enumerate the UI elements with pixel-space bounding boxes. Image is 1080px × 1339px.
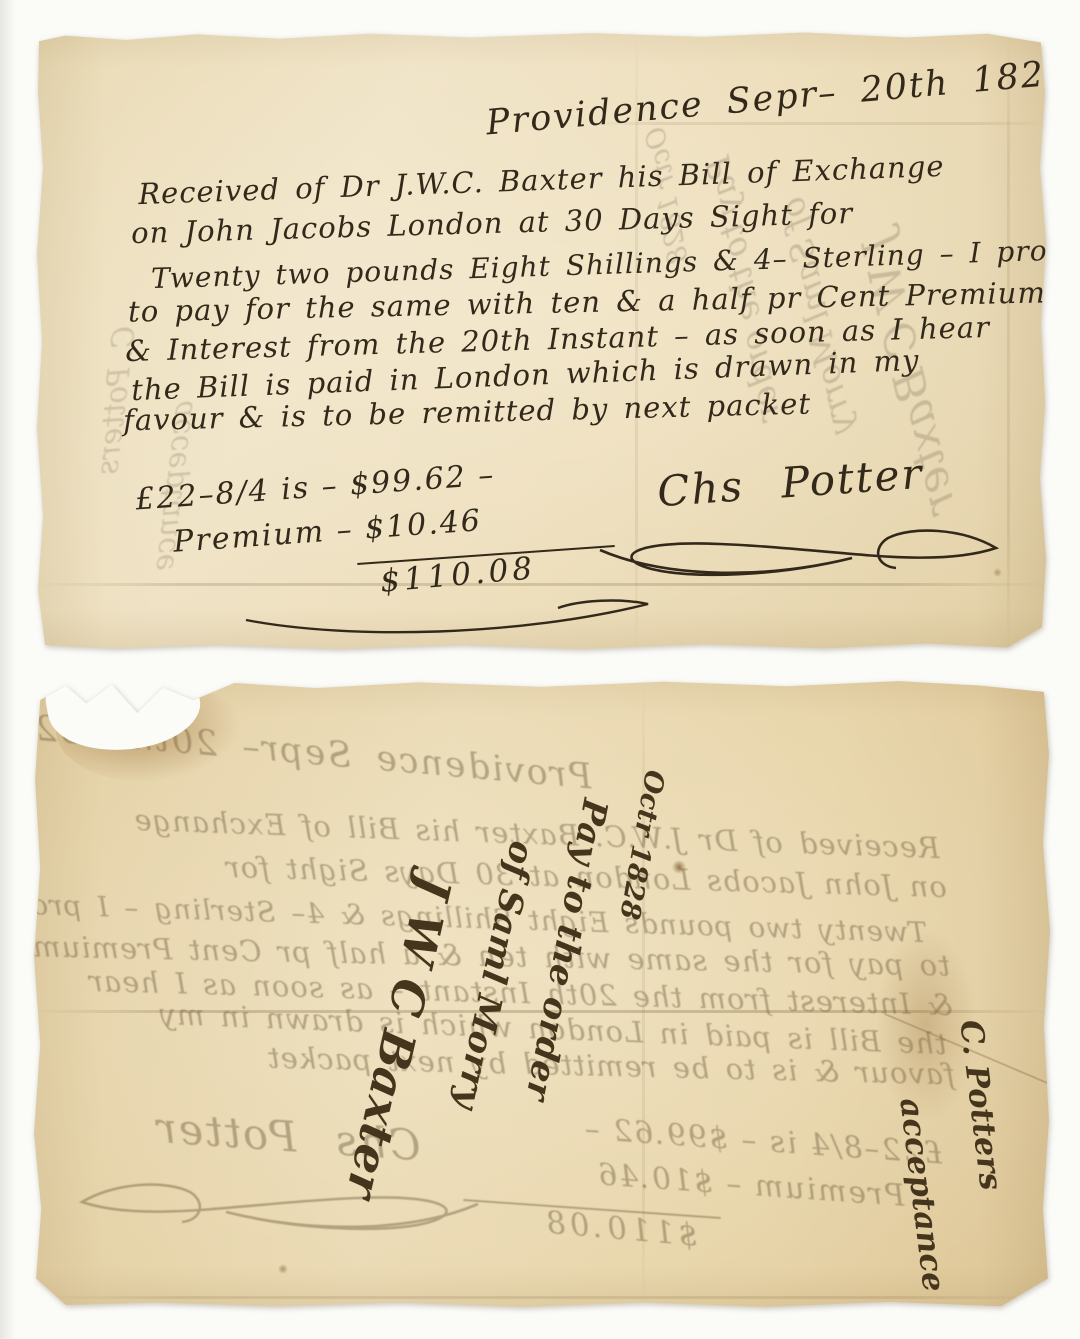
fold-crease-horizontal [30,1296,1052,1299]
foxing-spot [278,1264,288,1274]
mirrored-signature-flourish [58,1162,488,1257]
paper-surface: Octr 1828 Pay to the order of Saml Morry… [35,30,1048,652]
mirrored-calc-total: $110.08 [541,1204,700,1253]
signature-flourish [590,508,1020,603]
paper-stain [672,860,686,874]
front-handwriting: Providence Sepr– 20th 1828 Received of D… [35,30,1048,652]
front-document: Octr 1828 Pay to the order of Saml Morry… [35,30,1048,652]
paper-surface: Providence Sepr– 20th 1828 Received of D… [30,678,1052,1310]
front-dateline: Providence Sepr– 20th 1828 [484,53,1070,144]
back-document: Providence Sepr– 20th 1828 Received of D… [30,678,1052,1310]
signature: Chs Potter [656,449,925,516]
